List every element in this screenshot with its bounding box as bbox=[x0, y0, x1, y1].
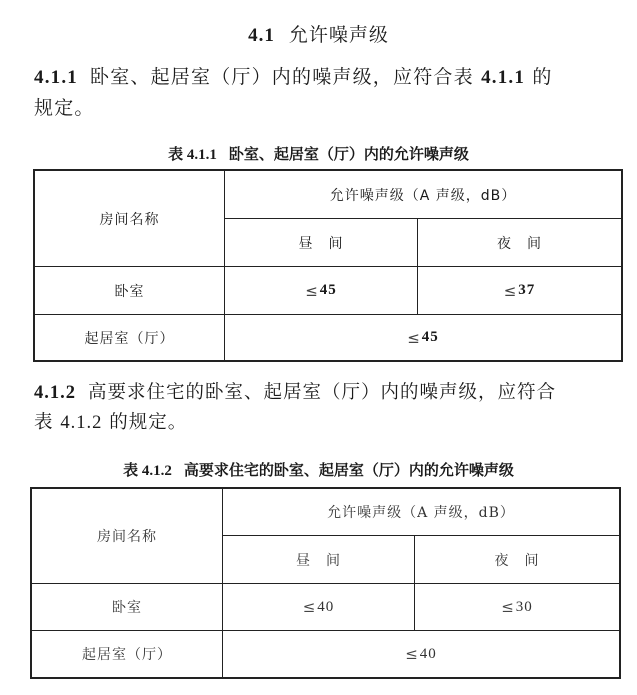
table-border-bottom bbox=[30, 677, 621, 679]
caption-number: 表 4.1.1 bbox=[168, 147, 217, 163]
header-day: 昼 间 bbox=[225, 219, 417, 266]
section-heading: 4.1允许噪声级 bbox=[0, 20, 637, 47]
table-caption-4-1-2: 表 4.1.2高要求住宅的卧室、起居室（厅）内的允许噪声级 bbox=[0, 459, 637, 480]
clause-line-1: 4.1.1卧室、起居室（厅）内的噪声级，应符合表 4.1.1 的 bbox=[34, 62, 624, 93]
table-reference: 4.1.1 bbox=[481, 67, 525, 88]
value-bedroom-day: ≤40 bbox=[223, 584, 414, 630]
row-room-bedroom: 卧室 bbox=[35, 267, 224, 314]
clause-text: 高要求住宅的卧室、起居室（厅）内的噪声级，应符合 bbox=[88, 382, 556, 403]
value-bedroom-night: ≤30 bbox=[415, 584, 619, 630]
caption-text: 高要求住宅的卧室、起居室（厅）内的允许噪声级 bbox=[184, 461, 514, 479]
row-room-bedroom: 卧室 bbox=[32, 584, 222, 630]
clause-line-2: 表 4.1.2 的规定。 bbox=[34, 408, 624, 438]
header-room-name: 房间名称 bbox=[32, 489, 222, 583]
table-border-bottom bbox=[33, 360, 623, 362]
value-living-room: ≤45 bbox=[225, 315, 621, 360]
header-noise-level: 允许噪声级（A 声级，dB） bbox=[223, 489, 619, 535]
header-room-name: 房间名称 bbox=[35, 171, 224, 266]
clause-number: 4.1.1 bbox=[34, 67, 78, 88]
section-title: 允许噪声级 bbox=[289, 24, 389, 46]
clause-4-1-1: 4.1.1卧室、起居室（厅）内的噪声级，应符合表 4.1.1 的 规定。 bbox=[34, 62, 624, 123]
header-night: 夜 间 bbox=[415, 536, 619, 583]
value-living-room: ≤40 bbox=[223, 631, 619, 677]
header-day: 昼 间 bbox=[223, 536, 414, 583]
row-room-living-room: 起居室（厅） bbox=[32, 631, 222, 677]
row-room-living-room: 起居室（厅） bbox=[35, 315, 224, 360]
header-night: 夜 间 bbox=[418, 219, 621, 266]
table-reference: 4.1.2 bbox=[60, 413, 102, 433]
value-bedroom-night: ≤37 bbox=[418, 267, 621, 314]
header-noise-level: 允许噪声级（A 声级，dB） bbox=[225, 171, 621, 218]
table-caption-4-1-1: 表 4.1.1卧室、起居室（厅）内的允许噪声级 bbox=[0, 143, 637, 164]
clause-number: 4.1.2 bbox=[34, 383, 76, 403]
section-number: 4.1 bbox=[248, 25, 275, 46]
clause-4-1-2: 4.1.2高要求住宅的卧室、起居室（厅）内的噪声级，应符合 表 4.1.2 的规… bbox=[34, 378, 624, 438]
clause-text-end: 的 bbox=[532, 66, 552, 88]
caption-text: 卧室、起居室（厅）内的允许噪声级 bbox=[229, 145, 469, 163]
caption-number: 表 4.1.2 bbox=[123, 463, 172, 479]
clause-line-1: 4.1.2高要求住宅的卧室、起居室（厅）内的噪声级，应符合 bbox=[34, 378, 624, 408]
value-bedroom-day: ≤45 bbox=[225, 267, 417, 314]
clause-line-2: 规定。 bbox=[34, 93, 624, 123]
clause-text: 卧室、起居室（厅）内的噪声级，应符合表 bbox=[90, 66, 474, 88]
